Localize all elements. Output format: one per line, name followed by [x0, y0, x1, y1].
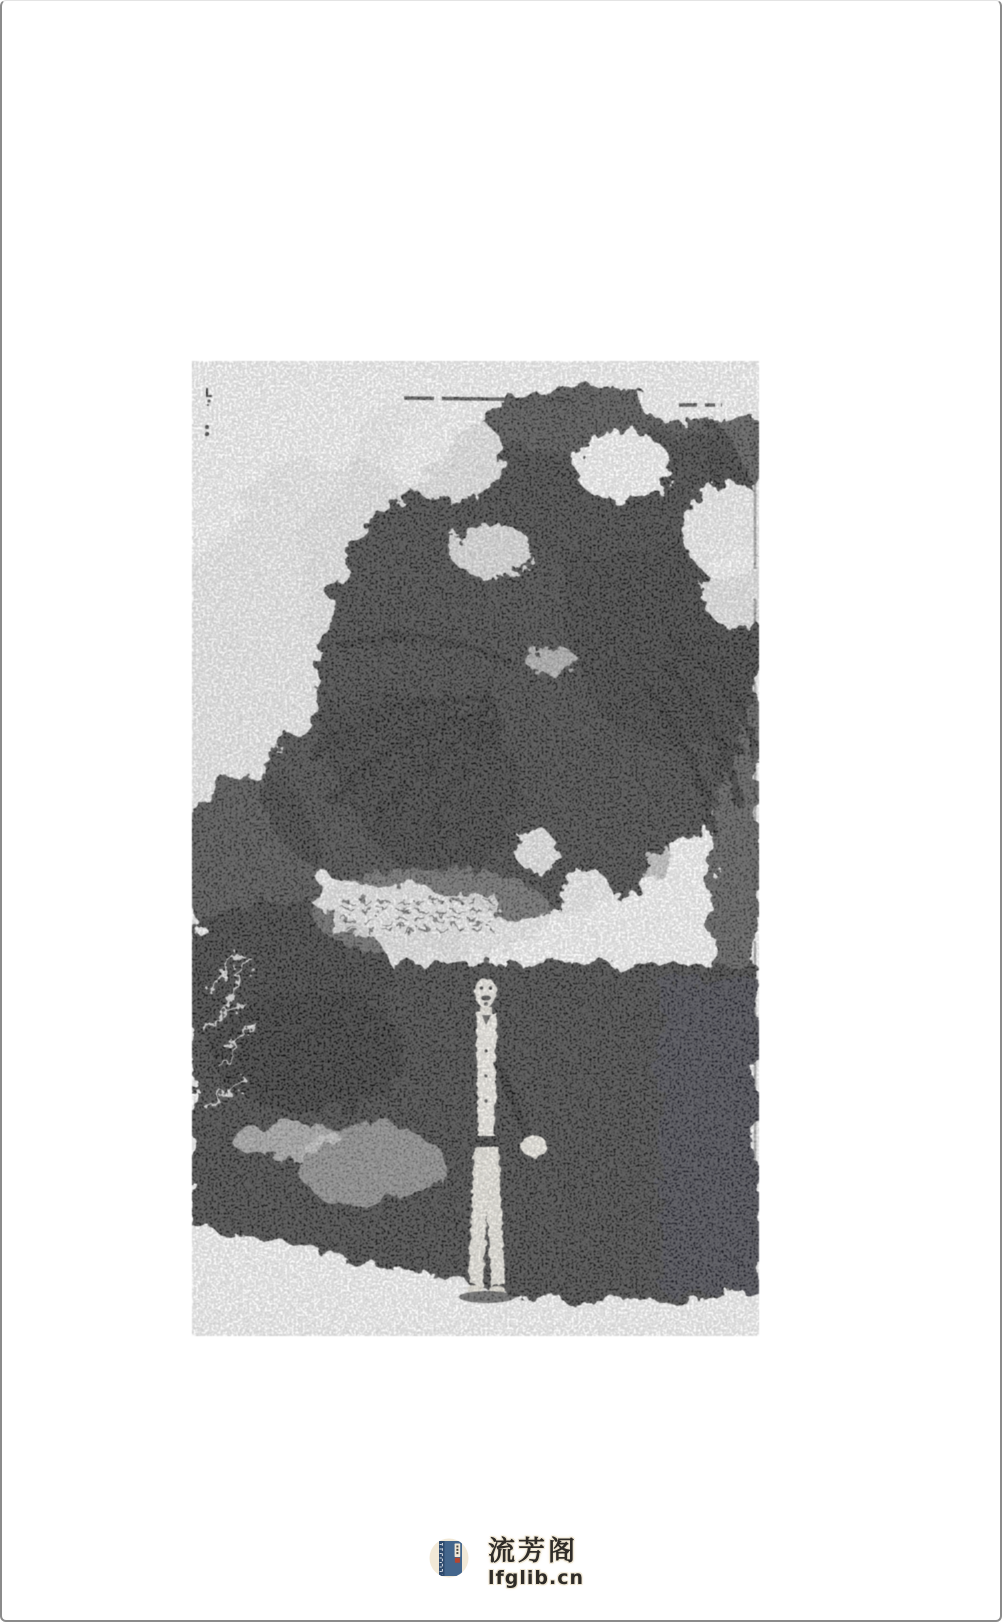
- book-icon: [429, 1538, 469, 1578]
- watermark-site-name: 流芳阁: [488, 1538, 584, 1566]
- halftone-grain: [192, 361, 759, 1336]
- watermark-text: 流芳阁 lfglib.cn: [488, 1538, 584, 1589]
- watermark: 流芳阁 lfglib.cn: [429, 1538, 584, 1589]
- watermark-domain: lfglib.cn: [488, 1567, 584, 1589]
- tree-photograph: [192, 361, 759, 1336]
- scanned-page: 流芳阁 lfglib.cn: [0, 0, 1002, 1622]
- photo-plate: [192, 361, 759, 1336]
